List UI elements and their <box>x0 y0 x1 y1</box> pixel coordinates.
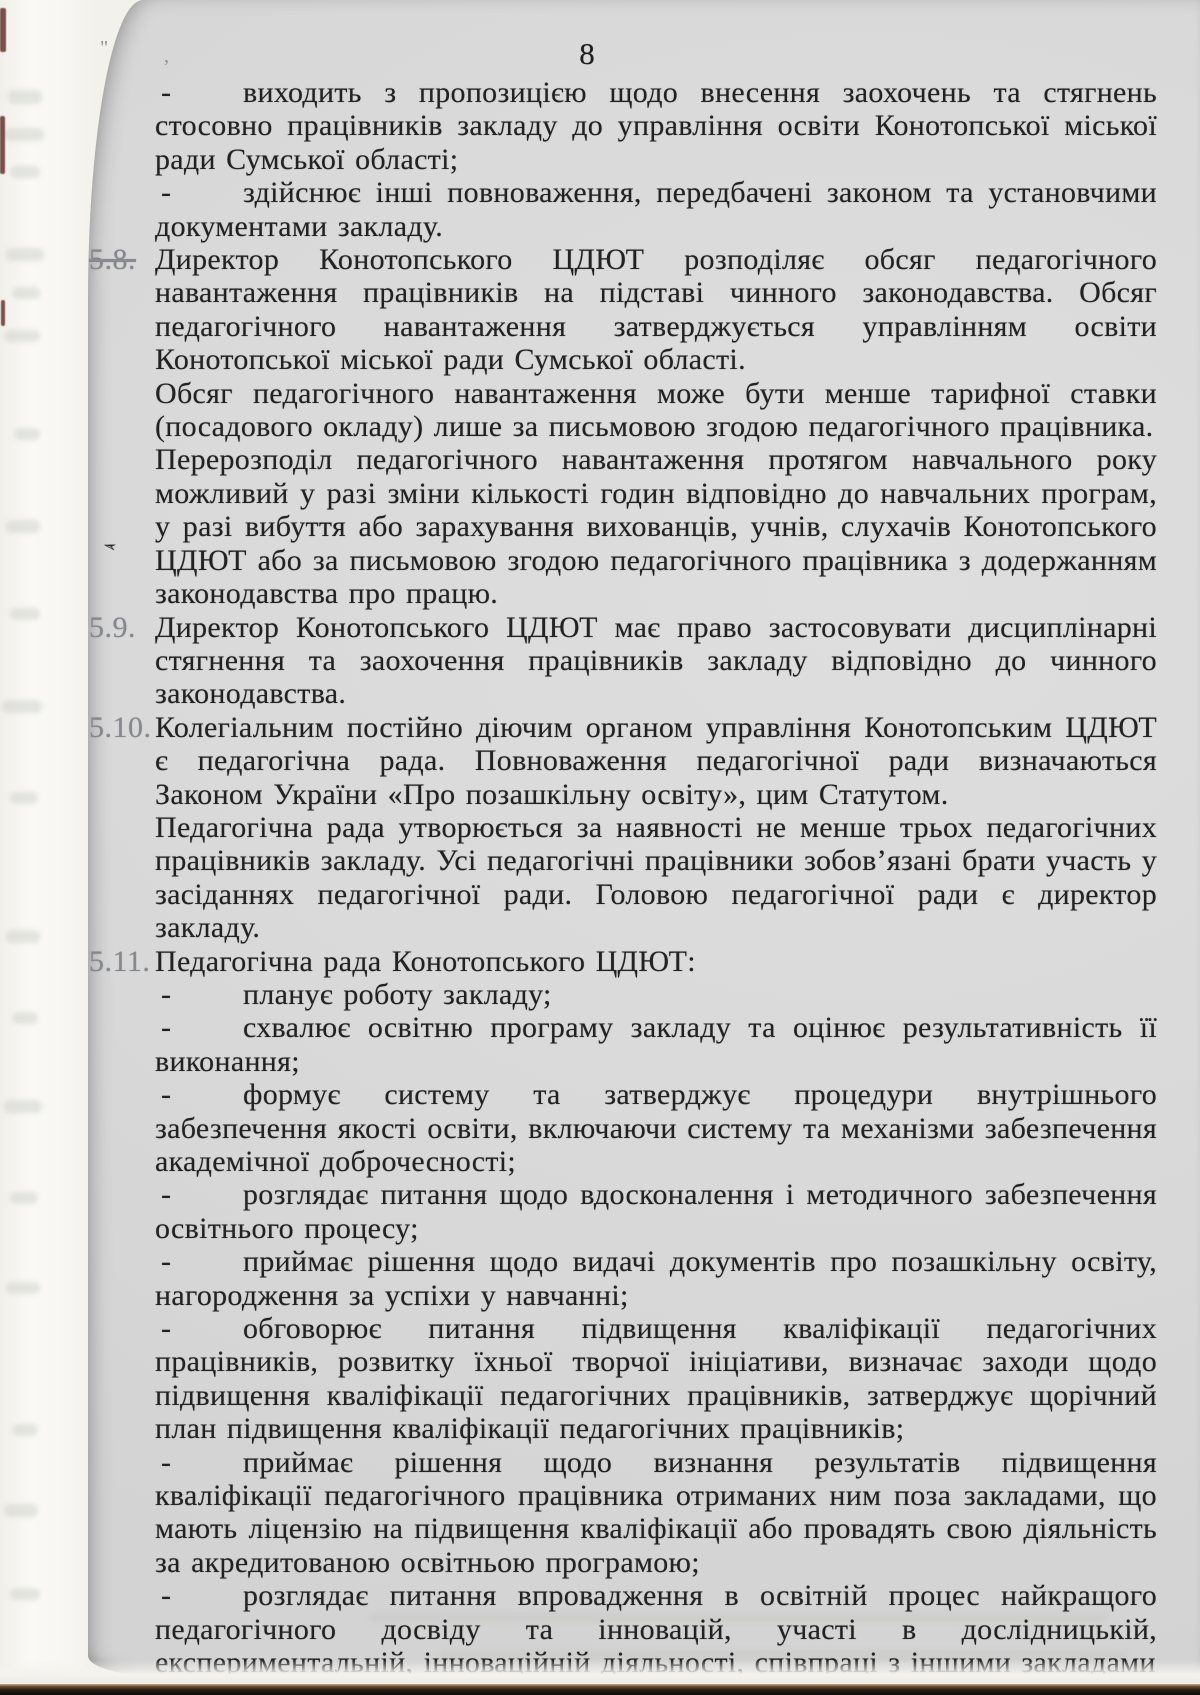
list-dash: - <box>161 1245 171 1278</box>
list-dash: - <box>161 978 171 1011</box>
scan-edge-speck <box>0 8 6 52</box>
numbered-clause: 5.10.Колегіальним постійно діючим органо… <box>155 711 1157 811</box>
numbered-clause: 5.11.Педагогічна рада Конотопського ЦДЮТ… <box>155 945 1157 978</box>
clause-number: 5.9. <box>89 611 155 644</box>
clause-number: 5.10. <box>89 711 155 744</box>
list-item: -приймає рішення щодо видачі документів … <box>155 1245 1157 1312</box>
scan-bottom-band <box>0 1684 1200 1695</box>
numbered-clause: 5.8.Директор Конотопського ЦДЮТ розподіл… <box>155 243 1157 377</box>
list-item: -приймає рішення щодо визнання результат… <box>155 1446 1157 1580</box>
list-item: -планує роботу закладу; <box>155 978 1157 1011</box>
bleed-through-smudge <box>4 1100 42 1113</box>
bleed-through-smudge <box>10 1588 40 1600</box>
bleed-through-smudge <box>6 1282 40 1294</box>
paragraph: Обсяг педагогічного навантаження може бу… <box>155 377 1157 444</box>
scanned-document-canvas: 8 " , ➢ -виходить з пропозицією щодо вне… <box>0 0 1200 1695</box>
bleed-through-smudge <box>10 608 40 620</box>
list-dash: - <box>161 1579 171 1612</box>
bleed-through-smudge <box>10 792 38 804</box>
pencil-speck: " <box>100 38 108 58</box>
bleed-through-smudge <box>4 1504 38 1517</box>
bleed-through-smudge <box>4 330 40 342</box>
bleed-through-smudge <box>10 1192 38 1204</box>
clause-number: 5.11. <box>89 945 155 978</box>
bleed-through-smudge <box>10 166 40 178</box>
bleed-through-smudge <box>12 1424 38 1436</box>
paragraph: Перерозподіл педагогічного навантаження … <box>155 443 1157 610</box>
clause-number: 5.8. <box>89 243 155 276</box>
list-dash: - <box>161 176 171 209</box>
list-dash: - <box>161 1312 171 1345</box>
list-item: -формує систему та затверджує процедури … <box>155 1078 1157 1178</box>
scan-edge-speck <box>0 116 5 174</box>
paragraph: Педагогічна рада утворюється за наявност… <box>155 811 1157 945</box>
list-dash: - <box>161 1078 171 1111</box>
bleed-through-smudge <box>12 287 40 299</box>
list-dash: - <box>161 76 171 109</box>
list-dash: - <box>161 1446 171 1479</box>
bleed-through-smudge <box>6 930 40 943</box>
list-dash: - <box>161 1011 171 1044</box>
list-item: -розглядає питання щодо вдосконалення і … <box>155 1178 1157 1245</box>
list-item: -схвалює освітню програму закладу та оці… <box>155 1011 1157 1078</box>
list-item: -виходить з пропозицією щодо внесення за… <box>155 76 1157 176</box>
bleed-through-smudge <box>6 248 44 261</box>
bleed-through-smudge <box>6 520 40 533</box>
scan-edge-speck <box>1 300 5 326</box>
list-item: -здійснює інші повноваження, передбачені… <box>155 176 1157 243</box>
pencil-speck: , <box>164 46 169 66</box>
numbered-clause: 5.9.Директор Конотопського ЦДЮТ має прав… <box>155 611 1157 711</box>
under-page-strip <box>0 1660 1200 1686</box>
document-body: -виходить з пропозицією щодо внесення за… <box>155 76 1157 1680</box>
list-item: -обговорює питання підвищення кваліфікац… <box>155 1312 1157 1446</box>
list-dash: - <box>161 1178 171 1211</box>
bleed-through-smudge <box>12 1012 38 1024</box>
bleed-through-smudge <box>4 128 44 141</box>
bleed-through-smudge <box>14 428 40 440</box>
bleed-through-smudge <box>8 90 42 104</box>
page-number: 8 <box>557 36 617 72</box>
bleed-through-smudge <box>2 700 42 713</box>
